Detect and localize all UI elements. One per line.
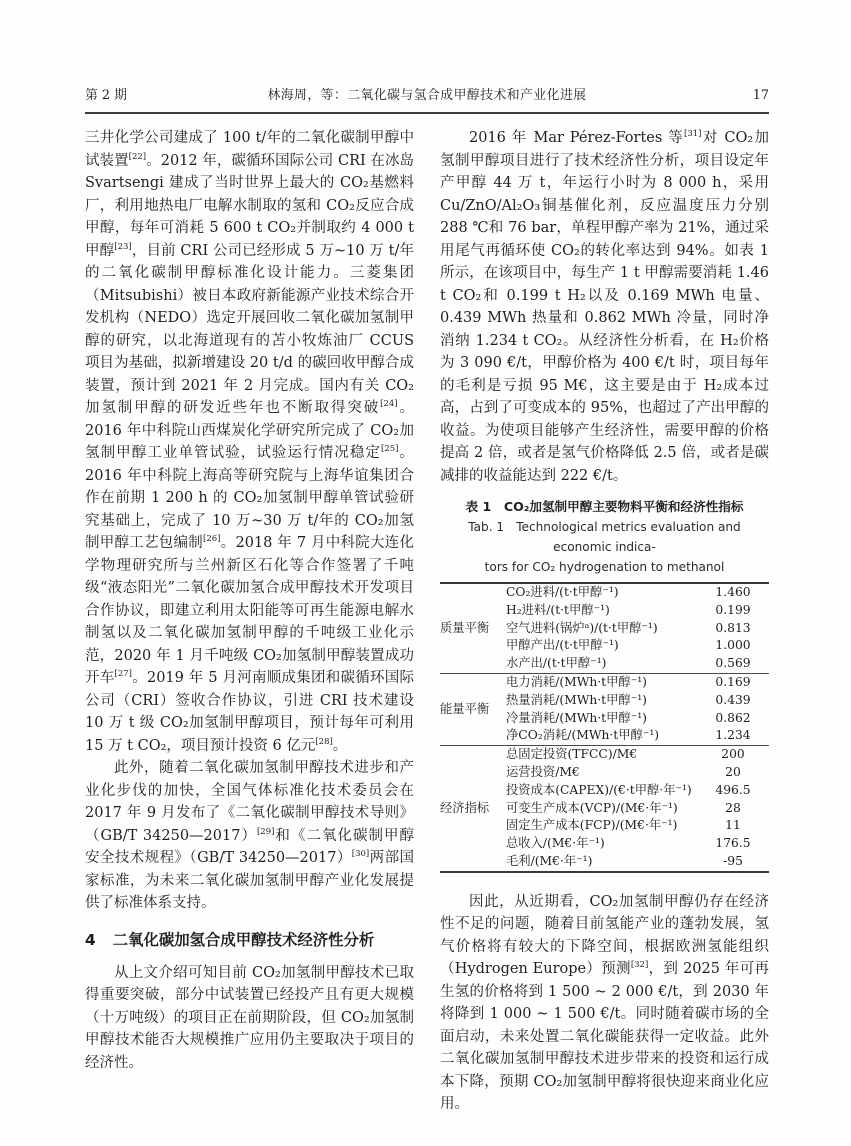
table-row: 质量平衡 CO₂进料/(t·t甲醇⁻¹) 1.460 — [440, 583, 769, 602]
group-label-mass-balance: 质量平衡 — [440, 583, 506, 673]
table-1-metrics: 质量平衡 CO₂进料/(t·t甲醇⁻¹) 1.460 H₂进料/(t·t甲醇⁻¹… — [440, 582, 769, 873]
row-value: 1.460 — [697, 583, 769, 602]
row-value: 28 — [697, 800, 769, 818]
row-value: 496.5 — [697, 782, 769, 800]
two-column-body: 三井化学公司建成了 100 t/年的二氧化碳制甲醇中试装置[22]。2012 年… — [85, 127, 769, 1116]
row-label: CO₂进料/(t·t甲醇⁻¹) — [506, 583, 697, 602]
row-label: 甲醇产出/(t·t甲醇⁻¹) — [506, 637, 697, 655]
right-column: 2016 年 Mar Pérez-Fortes 等[31]对 CO₂加氢制甲醇项… — [440, 127, 769, 1116]
row-label: 总收入/(M€·年⁻¹) — [506, 835, 697, 853]
row-label: 水产出/(t·t甲醇⁻¹) — [506, 655, 697, 673]
row-value: 1.234 — [697, 727, 769, 745]
row-value: 11 — [697, 817, 769, 835]
row-value: 1.000 — [697, 637, 769, 655]
row-value: 20 — [697, 764, 769, 782]
section-title: 二氧化碳加氢合成甲醇技术经济性分析 — [113, 929, 375, 951]
row-label: 固定生产成本(FCP)/(M€·年⁻¹) — [506, 817, 697, 835]
row-label: 热量消耗/(MWh·t甲醇⁻¹) — [506, 692, 697, 710]
running-title: 林海周，等：二氧化碳与氢合成甲醇技术和产业化进展 — [215, 86, 639, 106]
row-label: 净CO₂消耗/(MWh·t甲醇⁻¹) — [506, 727, 697, 745]
row-value: 0.569 — [697, 655, 769, 673]
paragraph-outlook: 因此，从近期看，CO₂加氢制甲醇仍存在经济性不足的问题，随着目前氢能产业的蓬勃发… — [440, 891, 769, 1116]
row-value: -95 — [697, 853, 769, 872]
paragraph-economics: 2016 年 Mar Pérez-Fortes 等[31]对 CO₂加氢制甲醇项… — [440, 127, 769, 487]
paragraph-standards: 此外，随着二氧化碳加氢制甲醇技术进步和产业化步伐的加快，全国气体标准化技术委员会… — [85, 757, 414, 915]
row-label: 冷量消耗/(MWh·t甲醇⁻¹) — [506, 710, 697, 728]
section-heading-4: 4 二氧化碳加氢合成甲醇技术经济性分析 — [85, 929, 414, 951]
row-label: 毛利/(M€·年⁻¹) — [506, 853, 697, 872]
row-value: 0.862 — [697, 710, 769, 728]
row-label: 空气进料(锅炉ᵃ)/(t·t甲醇⁻¹) — [506, 620, 697, 638]
table-row: 经济指标 总固定投资(TFCC)/M€ 200 — [440, 746, 769, 764]
row-label: 可变生产成本(VCP)/(M€·年⁻¹) — [506, 800, 697, 818]
paper-page: 第 2 期 林海周，等：二氧化碳与氢合成甲醇技术和产业化进展 17 三井化学公司… — [0, 0, 851, 1146]
left-column: 三井化学公司建成了 100 t/年的二氧化碳制甲醇中试装置[22]。2012 年… — [85, 127, 414, 1116]
table-caption-zh: 表 1 CO₂加氢制甲醇主要物料平衡和经济性指标 — [440, 496, 769, 517]
row-label: 总固定投资(TFCC)/M€ — [506, 746, 697, 764]
table-caption-en-line1: Tab. 1 Technological metrics evaluation … — [440, 517, 769, 557]
paragraph-continuation: 三井化学公司建成了 100 t/年的二氧化碳制甲醇中试装置[22]。2012 年… — [85, 127, 414, 757]
row-value: 0.439 — [697, 692, 769, 710]
page-number: 17 — [639, 86, 769, 106]
row-value: 176.5 — [697, 835, 769, 853]
group-label-energy-balance: 能量平衡 — [440, 673, 506, 745]
issue-label: 第 2 期 — [85, 86, 215, 106]
table-row: 能量平衡 电力消耗/(MWh·t甲醇⁻¹) 0.169 — [440, 673, 769, 691]
row-value: 0.813 — [697, 620, 769, 638]
row-value: 0.199 — [697, 602, 769, 620]
running-header: 第 2 期 林海周，等：二氧化碳与氢合成甲醇技术和产业化进展 17 — [85, 86, 769, 114]
section-number: 4 — [85, 929, 96, 951]
paragraph-summary: 从上文介绍可知目前 CO₂加氢制甲醇技术已取得重要突破，部分中试装置已经投产且有… — [85, 962, 414, 1075]
row-label: 运营投资/M€ — [506, 764, 697, 782]
row-value: 200 — [697, 746, 769, 764]
row-label: 投资成本(CAPEX)/(€·t甲醇·年⁻¹) — [506, 782, 697, 800]
row-value: 0.169 — [697, 673, 769, 691]
row-label: 电力消耗/(MWh·t甲醇⁻¹) — [506, 673, 697, 691]
group-label-economic-indicators: 经济指标 — [440, 746, 506, 872]
row-label: H₂进料/(t·t甲醇⁻¹) — [506, 602, 697, 620]
table-caption-en-line2: tors for CO₂ hydrogenation to methanol — [440, 557, 769, 577]
